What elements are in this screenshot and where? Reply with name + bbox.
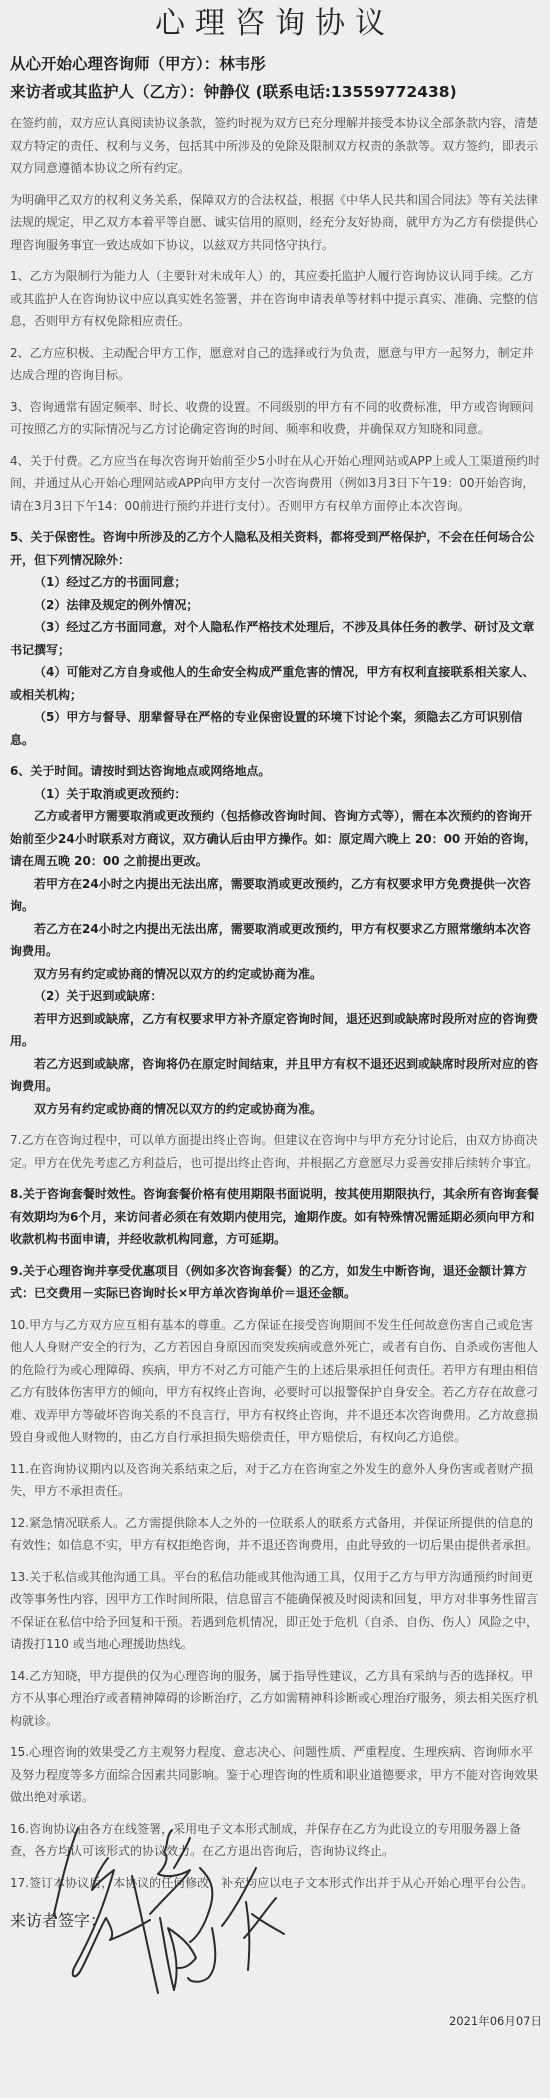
clause-15: 15.心理咨询的效果受乙方主观努力程度、意志决心、问题性质、严重程度、生理疾病、… [10, 1741, 540, 1809]
party-a-line: 从心开始心理咨询师（甲方）：林韦彤 [10, 50, 540, 78]
clause-5-item-3: （3）经过乙方书面同意，对个人隐私作严格技术处理后，不涉及具体任务的教学、研讨及… [10, 616, 540, 661]
clause-5-item-2: （2）法律及规定的例外情况； [10, 594, 540, 617]
clause-11: 11.在咨询协议期内以及咨询关系结束之后，对于乙方在咨询室之外发生的意外人身伤害… [10, 1458, 540, 1503]
agreement-body: 在签约前，双方应认真阅读协议条款，签约时视为双方已充分理解并接受本协议全部条款内… [10, 112, 540, 1894]
clause-6-sub1-title: （1）关于取消或更改预约： [10, 783, 540, 806]
clause-6: 6、关于时间。请按时到达咨询地点或网络地点。 （1）关于取消或更改预约： 乙方或… [10, 760, 540, 1120]
clause-4: 4、关于付费。乙方应当在每次咨询开始前至少5小时在从心开始心理网站或APP上或人… [10, 450, 540, 518]
clause-10: 10.甲方与乙方双方应互相有基本的尊重。乙方保证在接受咨询期间不发生任何故意伤害… [10, 1314, 540, 1449]
clause-14: 14.乙方知晓，甲方提供的仅为心理咨询的服务，属于指导性建议，乙方具有采纳与否的… [10, 1665, 540, 1733]
clause-1: 1、乙方为限制行为能力人（主要针对未成年人）的，其应委托监护人履行咨询协议认同手… [10, 265, 540, 333]
clause-6-sub1-paragraph-4: 双方另有约定或协商的情况以双方的约定或协商为准。 [10, 963, 540, 986]
clause-7: 7.乙方在咨询过程中，可以单方面提出终止咨询。但建议在咨询中与甲方充分讨论后，由… [10, 1129, 540, 1174]
document-title: 心理咨询协议 [10, 0, 540, 48]
handwritten-signature-icon [40, 1818, 300, 2008]
party-b-line: 来访者或其监护人（乙方）：钟静仪 (联系电话:13559772438) [10, 78, 540, 106]
clause-5-item-1: （1）经过乙方的书面同意； [10, 571, 540, 594]
clause-2: 2、乙方应积极、主动配合甲方工作，愿意对自己的选择或行为负责，愿意与甲方一起努力… [10, 342, 540, 387]
clause-13: 13.关于私信或其他沟通工具。平台的私信功能或其他沟通工具，仅用于乙方与甲方沟通… [10, 1566, 540, 1656]
agreement-page: 心理咨询协议 从心开始心理咨询师（甲方）：林韦彤 来访者或其监护人（乙方）：钟静… [0, 0, 550, 2100]
clause-6-sub2-title: （2）关于迟到或缺席： [10, 985, 540, 1008]
clause-5-intro: 5、关于保密性。咨询中所涉及的乙方个人隐私及相关资料，都将受到严格保护，不会在任… [10, 526, 540, 571]
clause-6-sub2-paragraph-3: 双方另有约定或协商的情况以双方的约定或协商为准。 [10, 1098, 540, 1121]
clause-6-sub1-paragraph-3: 若乙方在24小时之内提出无法出席，需要取消或更改预约，甲方有权要求乙方照常缴纳本… [10, 918, 540, 963]
clause-9: 9.关于心理咨询并享受优惠项目（例如多次咨询套餐）的乙方，如发生中断咨询，退还金… [10, 1260, 540, 1305]
clause-6-sub1-paragraph-2: 若甲方在24小时之内提出无法出席，需要取消或更改预约，乙方有权要求甲方免费提供一… [10, 873, 540, 918]
clause-3: 3、咨询通常有固定频率、时长、收费的设置。不同级别的甲方有不同的收费标准，甲方或… [10, 396, 540, 441]
clause-5: 5、关于保密性。咨询中所涉及的乙方个人隐私及相关资料，都将受到严格保护，不会在任… [10, 526, 540, 751]
clause-5-item-5: （5）甲方与督导、朋辈督导在严格的专业保密设置的环境下讨论个案，须隐去乙方可识别… [10, 706, 540, 751]
clause-6-sub2-paragraph-2: 若乙方迟到或缺席，咨询将仍在原定时间结束，并且甲方有权不退还迟到或缺席时段所对应… [10, 1053, 540, 1098]
clause-8: 8.关于咨询套餐时效性。咨询套餐价格有使用期限书面说明，按其使用期限执行，其余所… [10, 1183, 540, 1251]
preamble-paragraph-2: 为明确甲乙双方的权利义务关系，保障双方的合法权益，根据《中华人民共和国合同法》等… [10, 189, 540, 257]
clause-6-sub1-paragraph-1: 乙方或者甲方需要取消或更改预约（包括修改咨询时间、咨询方式等），需在本次预约的咨… [10, 805, 540, 873]
clause-6-intro: 6、关于时间。请按时到达咨询地点或网络地点。 [10, 760, 540, 783]
clause-6-sub2-paragraph-1: 若甲方迟到或缺席，乙方有权要求甲方补齐原定咨询时间，退还迟到或缺席时段所对应的咨… [10, 1008, 540, 1053]
clause-12: 12.紧急情况联系人。乙方需提供除本人之外的一位联系人的联系方式备用，并保证所提… [10, 1512, 540, 1557]
sign-date: 2021年06月07日 [449, 2013, 542, 2029]
preamble-paragraph-1: 在签约前，双方应认真阅读协议条款，签约时视为双方已充分理解并接受本协议全部条款内… [10, 112, 540, 180]
clause-5-item-4: （4）可能对乙方自身或他人的生命安全构成严重危害的情况，甲方有权利直接联系相关家… [10, 661, 540, 706]
